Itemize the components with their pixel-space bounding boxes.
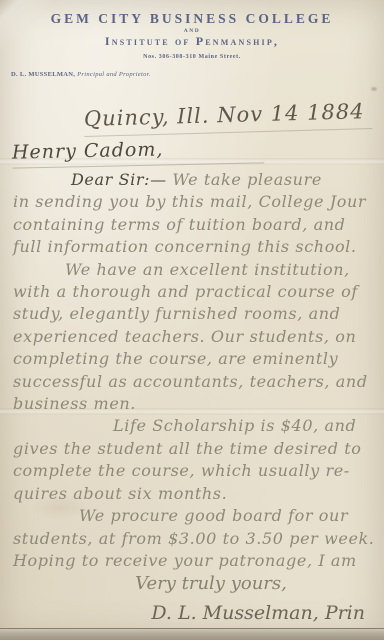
- letter-opening-rest: We take pleasure: [167, 170, 322, 189]
- letterhead-principal-line: D. L. MUSSELMAN, Principal and Proprieto…: [11, 71, 151, 78]
- letter-line: containing terms of tuition board, and: [13, 214, 379, 236]
- letter-line: Hoping to receive your patronage, I am: [13, 550, 379, 572]
- letterhead-institute-name: Institute of Penmanship,: [0, 34, 384, 49]
- letter-signature: D. L. Musselman, Prin: [13, 600, 379, 626]
- letter-line: We procure good board for our: [13, 505, 379, 527]
- letter-body: Dear Sir:— We take pleasure in sending y…: [13, 169, 379, 626]
- letter-dateline: Quincy, Ill. Nov 14 1884: [84, 99, 373, 137]
- letter-closing: Very truly yours,: [13, 572, 379, 596]
- letter-line: quires about six months.: [13, 483, 379, 505]
- letter-line: in sending you by this mail, College Jou…: [13, 191, 379, 213]
- letterhead-college-name: GEM CITY BUSINESS COLLEGE: [0, 11, 384, 27]
- letter-line: study, elegantly furnished rooms, and: [13, 303, 379, 325]
- principal-name: D. L. MUSSELMAN,: [11, 71, 75, 78]
- letter-line: gives the student all the time desired t…: [13, 438, 379, 460]
- principal-title: Principal and Proprietor.: [77, 71, 151, 78]
- letter-line: complete the course, which usually re-: [13, 460, 379, 482]
- letter-line: Dear Sir:— We take pleasure: [13, 169, 379, 191]
- letter-salutation: Henry Cadom,: [12, 136, 265, 168]
- letter-line: completing the course, are eminently: [13, 348, 379, 370]
- scan-bottom-edge: [0, 628, 384, 640]
- paper-stain: [370, 86, 378, 92]
- letter-scan: GEM CITY BUSINESS COLLEGE AND Institute …: [0, 0, 384, 640]
- letter-line: business men.: [13, 393, 379, 415]
- letter-line: experienced teachers. Our students, on: [13, 326, 379, 348]
- letter-line: successful as accountants, teachers, and: [13, 371, 379, 393]
- letter-opening-lead: Dear Sir:—: [71, 170, 167, 189]
- letter-line: students, at from $3.00 to 3.50 per week…: [13, 528, 379, 550]
- letter-line: We have an excellent institution,: [13, 259, 379, 281]
- letter-line: full information concerning this school.: [13, 236, 379, 258]
- letter-line: Life Scholarship is $40, and: [13, 415, 379, 437]
- letterhead-address: Nos. 306-308-310 Maine Street.: [0, 54, 384, 60]
- letter-line: with a thorough and practical course of: [13, 281, 379, 303]
